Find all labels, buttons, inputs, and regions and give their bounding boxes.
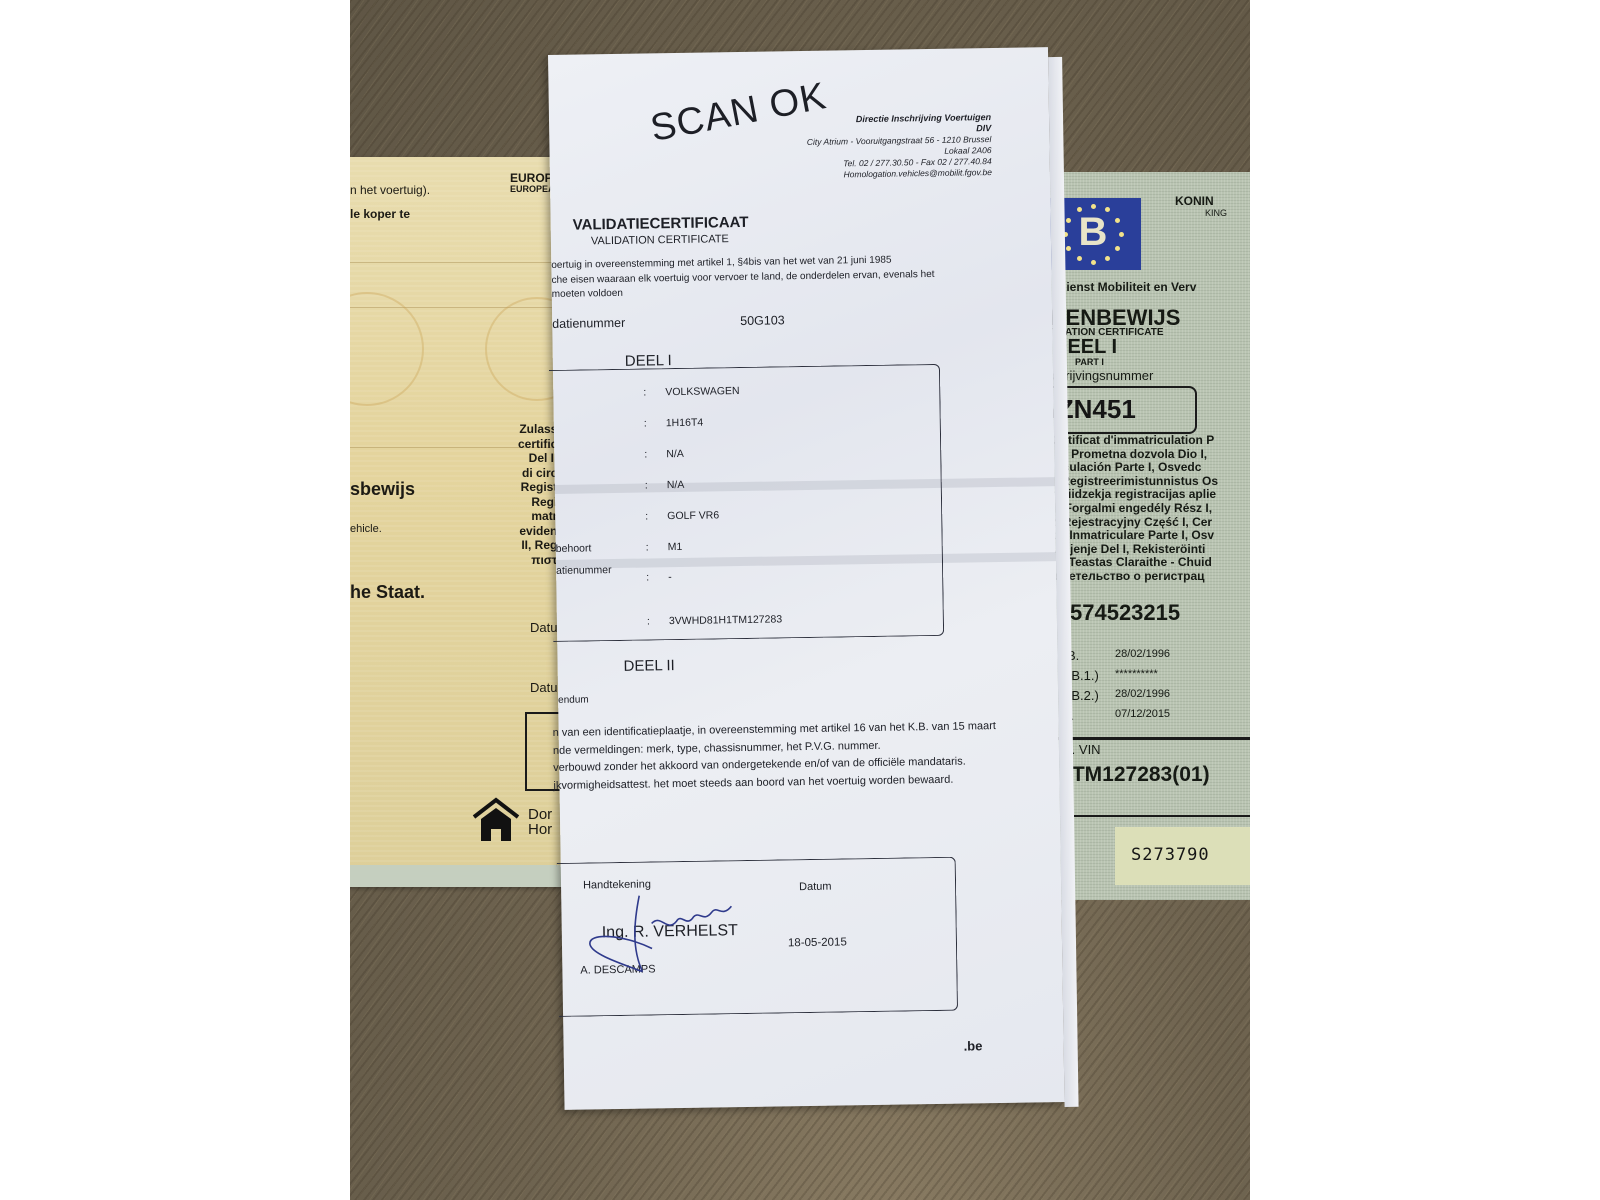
row-value: ********** (1115, 668, 1158, 680)
rules-text: n van een identificatieplaatje, in overe… (553, 718, 997, 795)
row-value: 28/02/1996 (1115, 688, 1170, 700)
separator: : (644, 448, 647, 460)
document-number: 574523215 (1070, 600, 1180, 626)
divider (1045, 815, 1250, 817)
intro-text: oertuig in overeenstemming met artikel 1… (551, 253, 935, 303)
part1-rows: :VOLKSWAGEN:1H16T4:N/A:N/A:GOLF VR6behoo… (548, 47, 1048, 55)
field-label: behoort (556, 542, 592, 555)
date-label: Datum (799, 881, 832, 894)
star-icon (1066, 218, 1071, 223)
divider (1045, 737, 1250, 740)
signature-date: 18-05-2015 (788, 936, 847, 949)
separator: : (643, 386, 646, 398)
row-value: 28/02/1996 (1115, 648, 1170, 660)
field-value: VOLKSWAGEN (665, 385, 739, 398)
document-title: sbewijs (350, 479, 415, 500)
kingdom-label: KONIN (1175, 194, 1214, 208)
text-fragment: le koper te (350, 207, 410, 221)
field-value: N/A (667, 479, 685, 491)
watermark-seal (350, 292, 424, 406)
separator: : (644, 417, 647, 429)
validation-number-label: datienummer (552, 316, 625, 331)
field-value: N/A (666, 448, 684, 460)
star-icon (1077, 207, 1082, 212)
star-icon (1105, 207, 1110, 212)
document-edge (350, 865, 570, 887)
home-label: DorHor (528, 807, 552, 837)
star-icon (1115, 218, 1120, 223)
field-value: 3VWHD81H1TM127283 (669, 613, 782, 627)
yellow-registration-document: n het voertuig). le koper te EUROPES EUR… (350, 157, 570, 887)
star-icon (1091, 260, 1096, 265)
row-value: 07/12/2015 (1115, 708, 1170, 720)
validation-number: 50G103 (740, 313, 785, 328)
star-icon (1091, 204, 1096, 209)
validation-certificate: SCAN OK Directie Inschrijving Voertuigen… (548, 47, 1065, 1110)
scan-ok-stamp: SCAN OK (647, 75, 830, 151)
date-label: Datu (530, 680, 557, 695)
field-value: M1 (668, 541, 683, 553)
kingdom-label-en: KING (1205, 208, 1227, 218)
part1-box (549, 364, 944, 642)
issuer-header: Directie Inschrijving Voertuigen DIV Cit… (806, 112, 992, 181)
part2-label: endum (558, 694, 589, 705)
separator: : (646, 571, 649, 583)
field-value: 1H16T4 (666, 417, 704, 430)
star-icon (1105, 256, 1110, 261)
star-icon (1066, 246, 1071, 251)
field-value: - (668, 571, 672, 583)
document-photo: n het voertuig). le koper te EUROPES EUR… (350, 0, 1250, 1200)
serial-number: S273790 (1131, 845, 1210, 865)
field-label: atienummer (556, 564, 612, 577)
part2-heading: DEEL II (623, 657, 674, 675)
separator: : (645, 510, 648, 522)
text-fragment: ehicle. (350, 523, 382, 535)
belgium-gov-mark: .be (964, 1038, 983, 1053)
star-icon (1115, 246, 1120, 251)
certificate-subtitle: VALIDATION CERTIFICATE (591, 233, 729, 247)
star-icon (1119, 232, 1124, 237)
serial-box: S273790 (1115, 827, 1250, 885)
handwritten-signature-icon (581, 892, 762, 975)
text-fragment: he Staat. (350, 582, 425, 603)
field-value: GOLF VR6 (667, 509, 719, 522)
signature-label: Handtekening (583, 878, 651, 891)
house-icon (472, 797, 520, 843)
separator: : (645, 479, 648, 491)
separator: : (646, 541, 649, 553)
separator: : (647, 615, 650, 627)
part-subheading: PART I (1075, 357, 1104, 367)
part1-heading: DEEL I (625, 352, 672, 370)
star-icon (1077, 256, 1082, 261)
certificate-title: VALIDATIECERTIFICAAT (573, 214, 749, 234)
text-fragment: n het voertuig). (350, 183, 430, 197)
